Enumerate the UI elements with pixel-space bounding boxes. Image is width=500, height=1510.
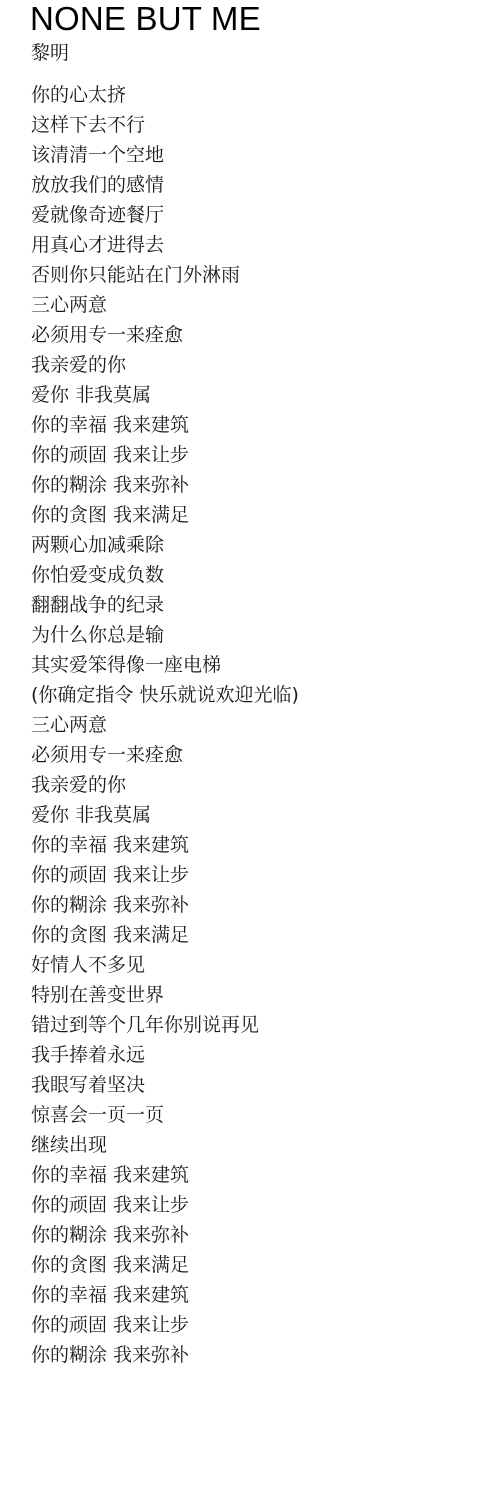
lyric-line: 你的顽固 我来让步 xyxy=(31,1190,299,1220)
lyric-line: 我眼写着坚决 xyxy=(31,1070,299,1100)
lyric-line: 你的心太挤 xyxy=(31,80,299,110)
lyric-line: 爱你 非我莫属 xyxy=(31,380,299,410)
lyric-line: 否则你只能站在门外淋雨 xyxy=(31,260,299,290)
lyric-line: 我亲爱的你 xyxy=(31,770,299,800)
lyric-line: 你的幸福 我来建筑 xyxy=(31,410,299,440)
lyric-line: 三心两意 xyxy=(31,710,299,740)
lyric-line: 我手捧着永远 xyxy=(31,1040,299,1070)
lyric-line: 两颗心加减乘除 xyxy=(31,530,299,560)
lyric-line: 特别在善变世界 xyxy=(31,980,299,1010)
song-title: NONE BUT ME xyxy=(30,0,261,38)
lyric-line: 你的顽固 我来让步 xyxy=(31,1310,299,1340)
lyric-line: 你的糊涂 我来弥补 xyxy=(31,1340,299,1370)
lyric-line: 爱就像奇迹餐厅 xyxy=(31,200,299,230)
artist-name: 黎明 xyxy=(31,40,69,66)
lyric-line: 你的顽固 我来让步 xyxy=(31,860,299,890)
lyric-line: 你的糊涂 我来弥补 xyxy=(31,1220,299,1250)
lyric-line: 三心两意 xyxy=(31,290,299,320)
lyric-line: 你怕爱变成负数 xyxy=(31,560,299,590)
lyric-line: 好情人不多见 xyxy=(31,950,299,980)
lyric-line: 惊喜会一页一页 xyxy=(31,1100,299,1130)
lyric-line: 必须用专一来痊愈 xyxy=(31,740,299,770)
lyric-line: 我亲爱的你 xyxy=(31,350,299,380)
lyric-line: 该清清一个空地 xyxy=(31,140,299,170)
lyric-line: 其实爱笨得像一座电梯 xyxy=(31,650,299,680)
lyrics-list: 你的心太挤 这样下去不行 该清清一个空地 放放我们的感情 爱就像奇迹餐厅 用真心… xyxy=(31,80,299,1370)
lyric-line: 爱你 非我莫属 xyxy=(31,800,299,830)
lyric-line: 翻翻战争的纪录 xyxy=(31,590,299,620)
lyric-line: 你的幸福 我来建筑 xyxy=(31,1160,299,1190)
lyric-line: 放放我们的感情 xyxy=(31,170,299,200)
lyric-line: 继续出现 xyxy=(31,1130,299,1160)
lyric-line: 你的贪图 我来满足 xyxy=(31,500,299,530)
lyric-line: 你的贪图 我来满足 xyxy=(31,920,299,950)
lyric-line: 错过到等个几年你别说再见 xyxy=(31,1010,299,1040)
lyric-line: 你的幸福 我来建筑 xyxy=(31,830,299,860)
lyric-line: 为什么你总是输 xyxy=(31,620,299,650)
lyric-line: 用真心才进得去 xyxy=(31,230,299,260)
lyric-line: 你的糊涂 我来弥补 xyxy=(31,470,299,500)
lyric-line: 你的幸福 我来建筑 xyxy=(31,1280,299,1310)
lyric-line: 必须用专一来痊愈 xyxy=(31,320,299,350)
lyric-line: 你的顽固 我来让步 xyxy=(31,440,299,470)
lyric-line: (你确定指令 快乐就说欢迎光临) xyxy=(31,680,299,710)
lyric-line: 你的糊涂 我来弥补 xyxy=(31,890,299,920)
lyric-line: 你的贪图 我来满足 xyxy=(31,1250,299,1280)
lyric-line: 这样下去不行 xyxy=(31,110,299,140)
